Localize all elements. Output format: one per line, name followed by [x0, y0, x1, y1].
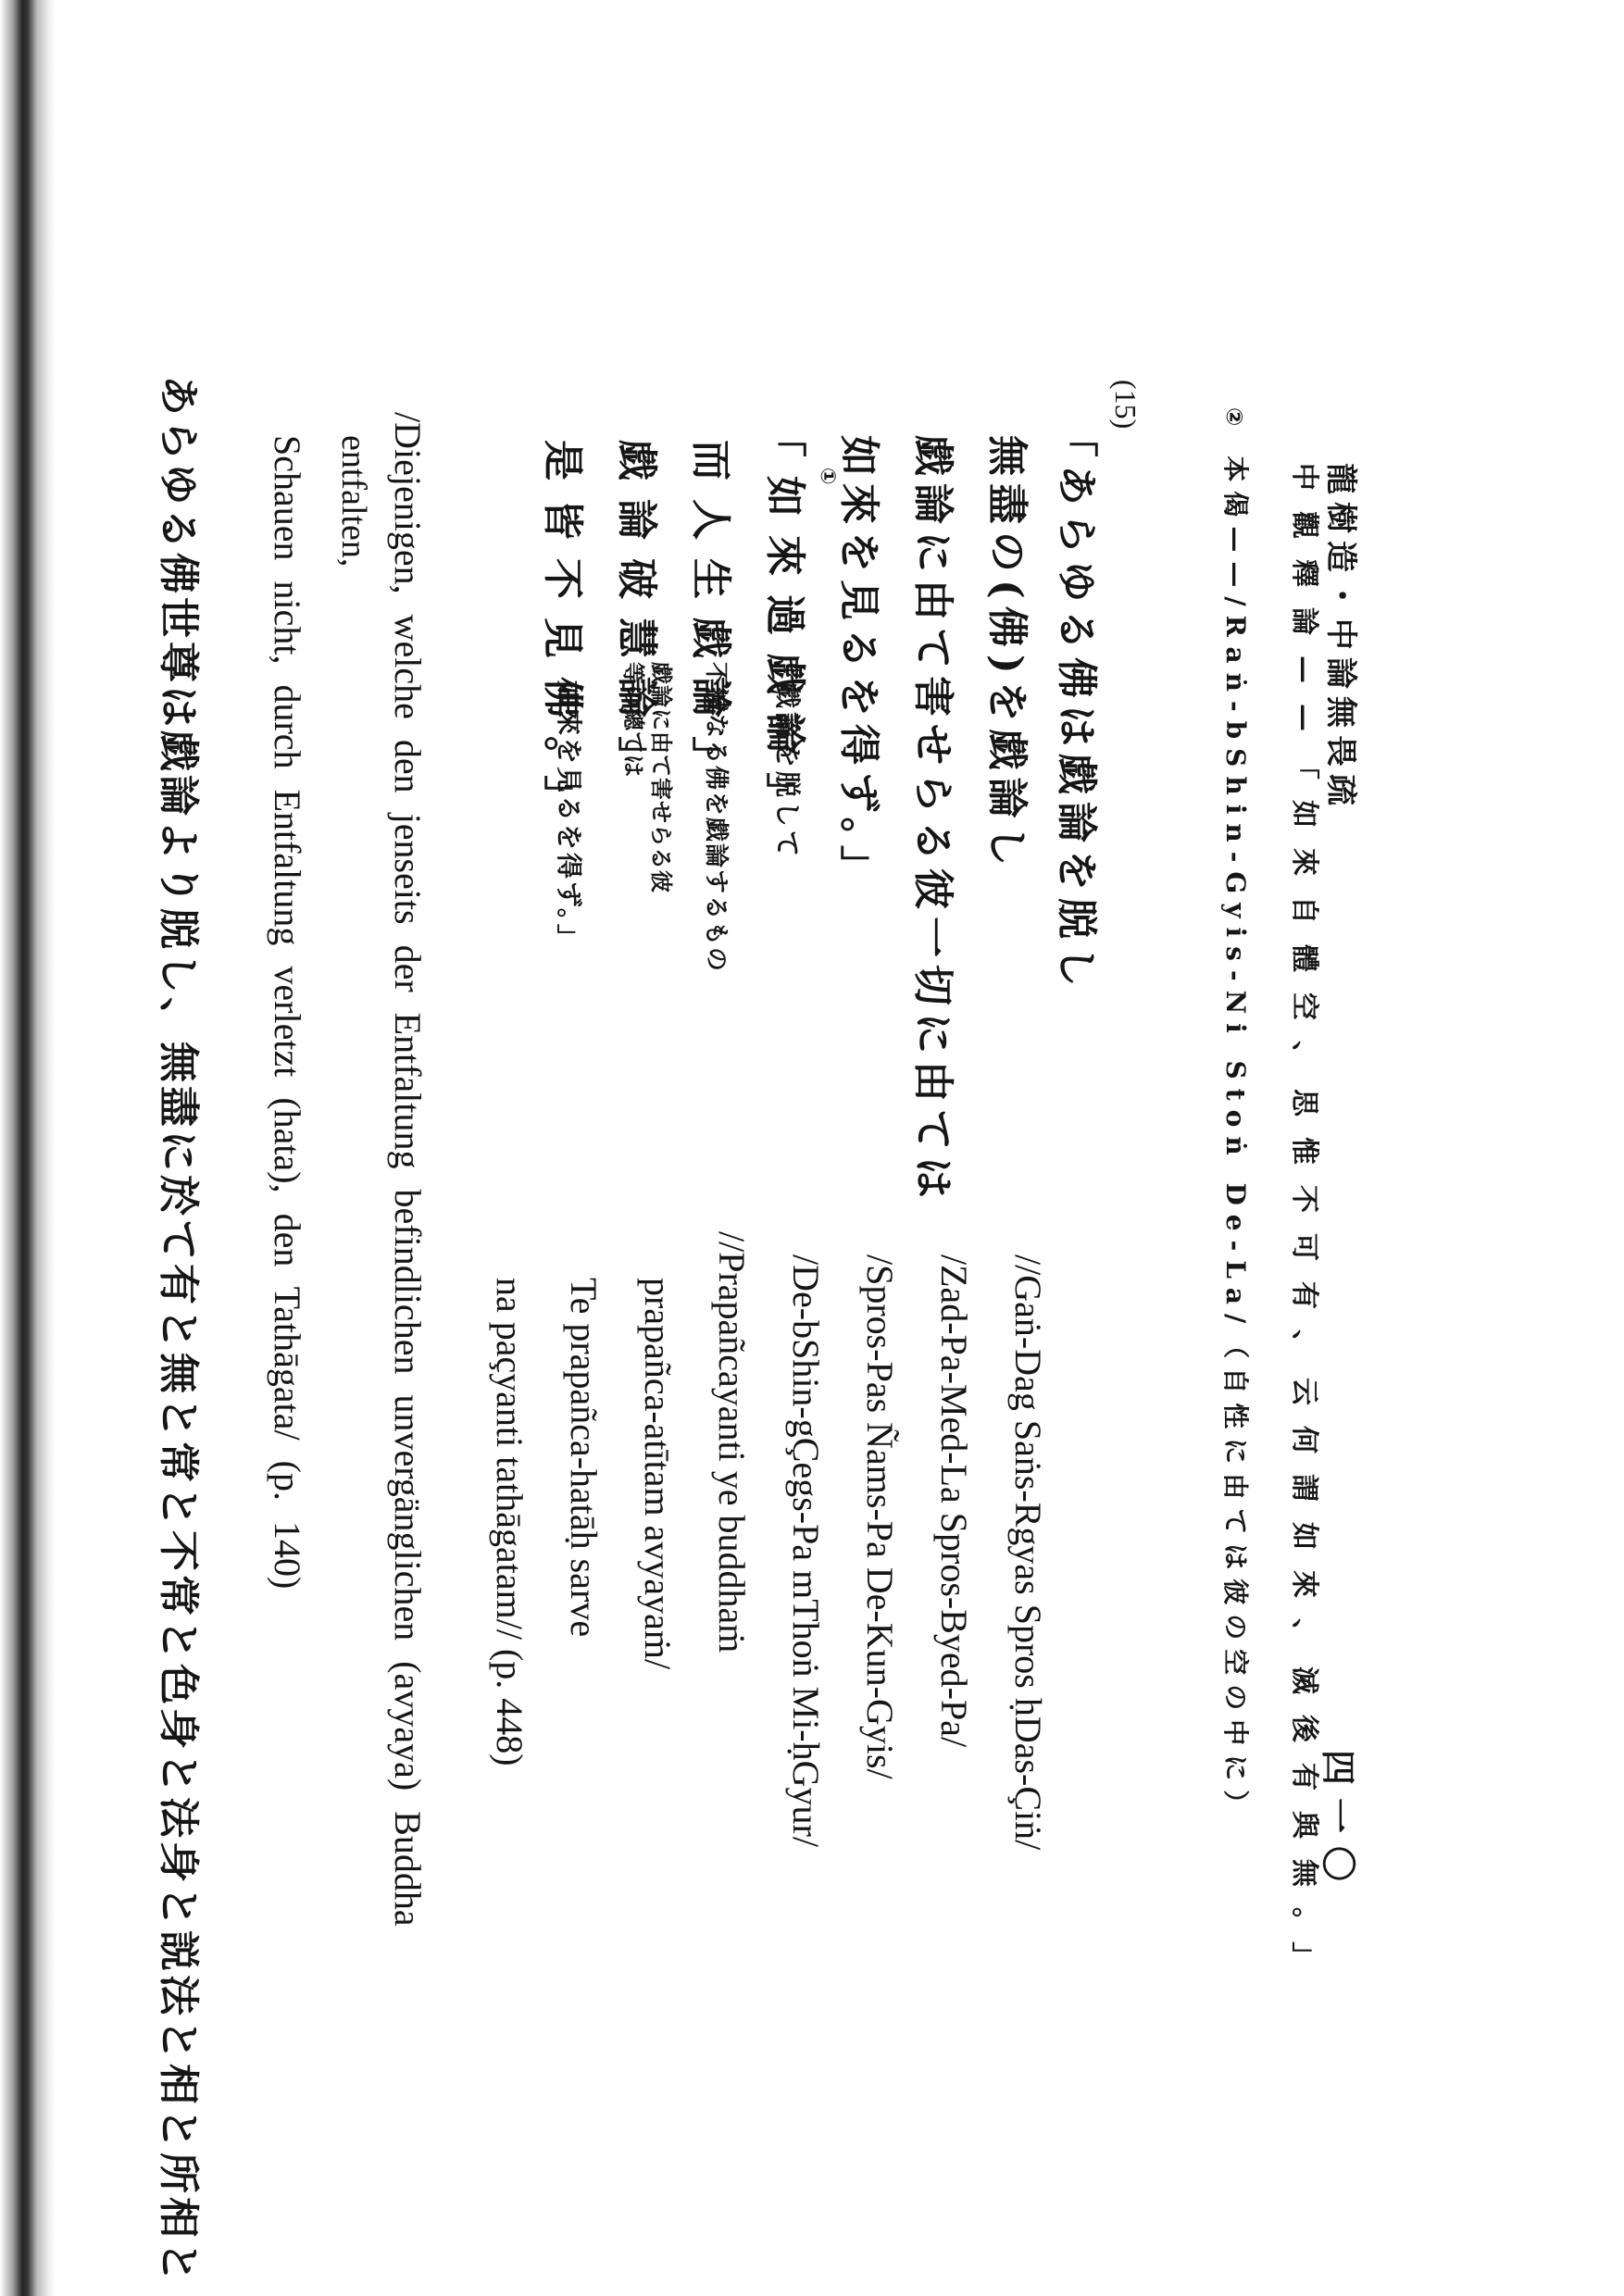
- sanskrit-line: Te prapañca-hatāḥ sarve: [562, 1278, 606, 1637]
- sanskrit-line: //Prapañcayanti ye buddhaṁ: [710, 1231, 754, 1653]
- note-honge: 本偈——/Raṅ-bShin-Gyis-Ni Stoṅ De-La/（自性に由て…: [1220, 455, 1251, 1825]
- tibetan-line: /De-bShin-gÇegs-Pa mThoṅ Mi-ḥGyur/: [784, 1254, 828, 1847]
- sanskrit-line: na paçyanti tathāgatam// (p. 448): [488, 1278, 531, 1766]
- german-line: Schauen nicht, durch Entfaltung verletzt…: [266, 435, 309, 1589]
- note-marker: ②: [1221, 407, 1247, 426]
- chinese-verse-gloss: 如來を見るを得ず。」: [552, 680, 589, 953]
- chinese-verse-gloss: 「戯論を脱して: [770, 653, 807, 860]
- commentary-line: あらゆる佛世尊は戯論より脱し、無盡に於て有と無と常と不常と色身と法身と説法と相と…: [153, 375, 212, 2286]
- running-head: 龍樹造・中論無畏疏: [1321, 463, 1367, 813]
- verse-line: 戯論に由て害せらる彼一切に由ては: [907, 435, 967, 1205]
- chinese-verse-marker: ①: [816, 468, 839, 485]
- rotated-book-page: 龍樹造・中論無畏疏 四一〇 中觀釋論——「如來自體空、思惟不可有、云何謂如來、滅…: [0, 0, 1624, 2296]
- note-2: ② 本偈——/Raṅ-bShin-Gyis-Ni Stoṅ De-La/（自性に…: [1218, 407, 1255, 1825]
- tibetan-line: /Zad-Pa-Med-La Spros-Byed-Pa/: [932, 1254, 976, 1747]
- verse-line: 「あらゆる佛は戯論を脱し: [1051, 417, 1110, 994]
- verse-number: (15): [1108, 380, 1143, 429]
- tibetan-line: //Gaṅ-Dag Saṅs-Rgyas Spros ḥDas-Çiṅ/: [1006, 1254, 1050, 1850]
- verse-line: 無盡の(佛)を戯論し: [981, 435, 1041, 874]
- german-line: /Diejenigen, welche den jenseits der Ent…: [386, 412, 430, 1927]
- verse-line: 如來を見るを得ず。」: [833, 435, 893, 892]
- chinese-verse-gloss: 不滅なる佛を戯論するもの: [701, 662, 735, 973]
- sanskrit-line: prapañca-atītam avyayaṁ/: [636, 1278, 680, 1669]
- german-line: entfalten,: [333, 435, 374, 567]
- note-chuganshakuron: 中觀釋論——「如來自體空、思惟不可有、云何謂如來、滅後有與無。」: [1287, 463, 1328, 1990]
- tibetan-line: /Spros-Pas Ñams-Pa De-Kun-Gyis/: [858, 1254, 902, 1779]
- chinese-verse-gloss: 戯論に由て害せらる彼等の總ては: [619, 662, 675, 912]
